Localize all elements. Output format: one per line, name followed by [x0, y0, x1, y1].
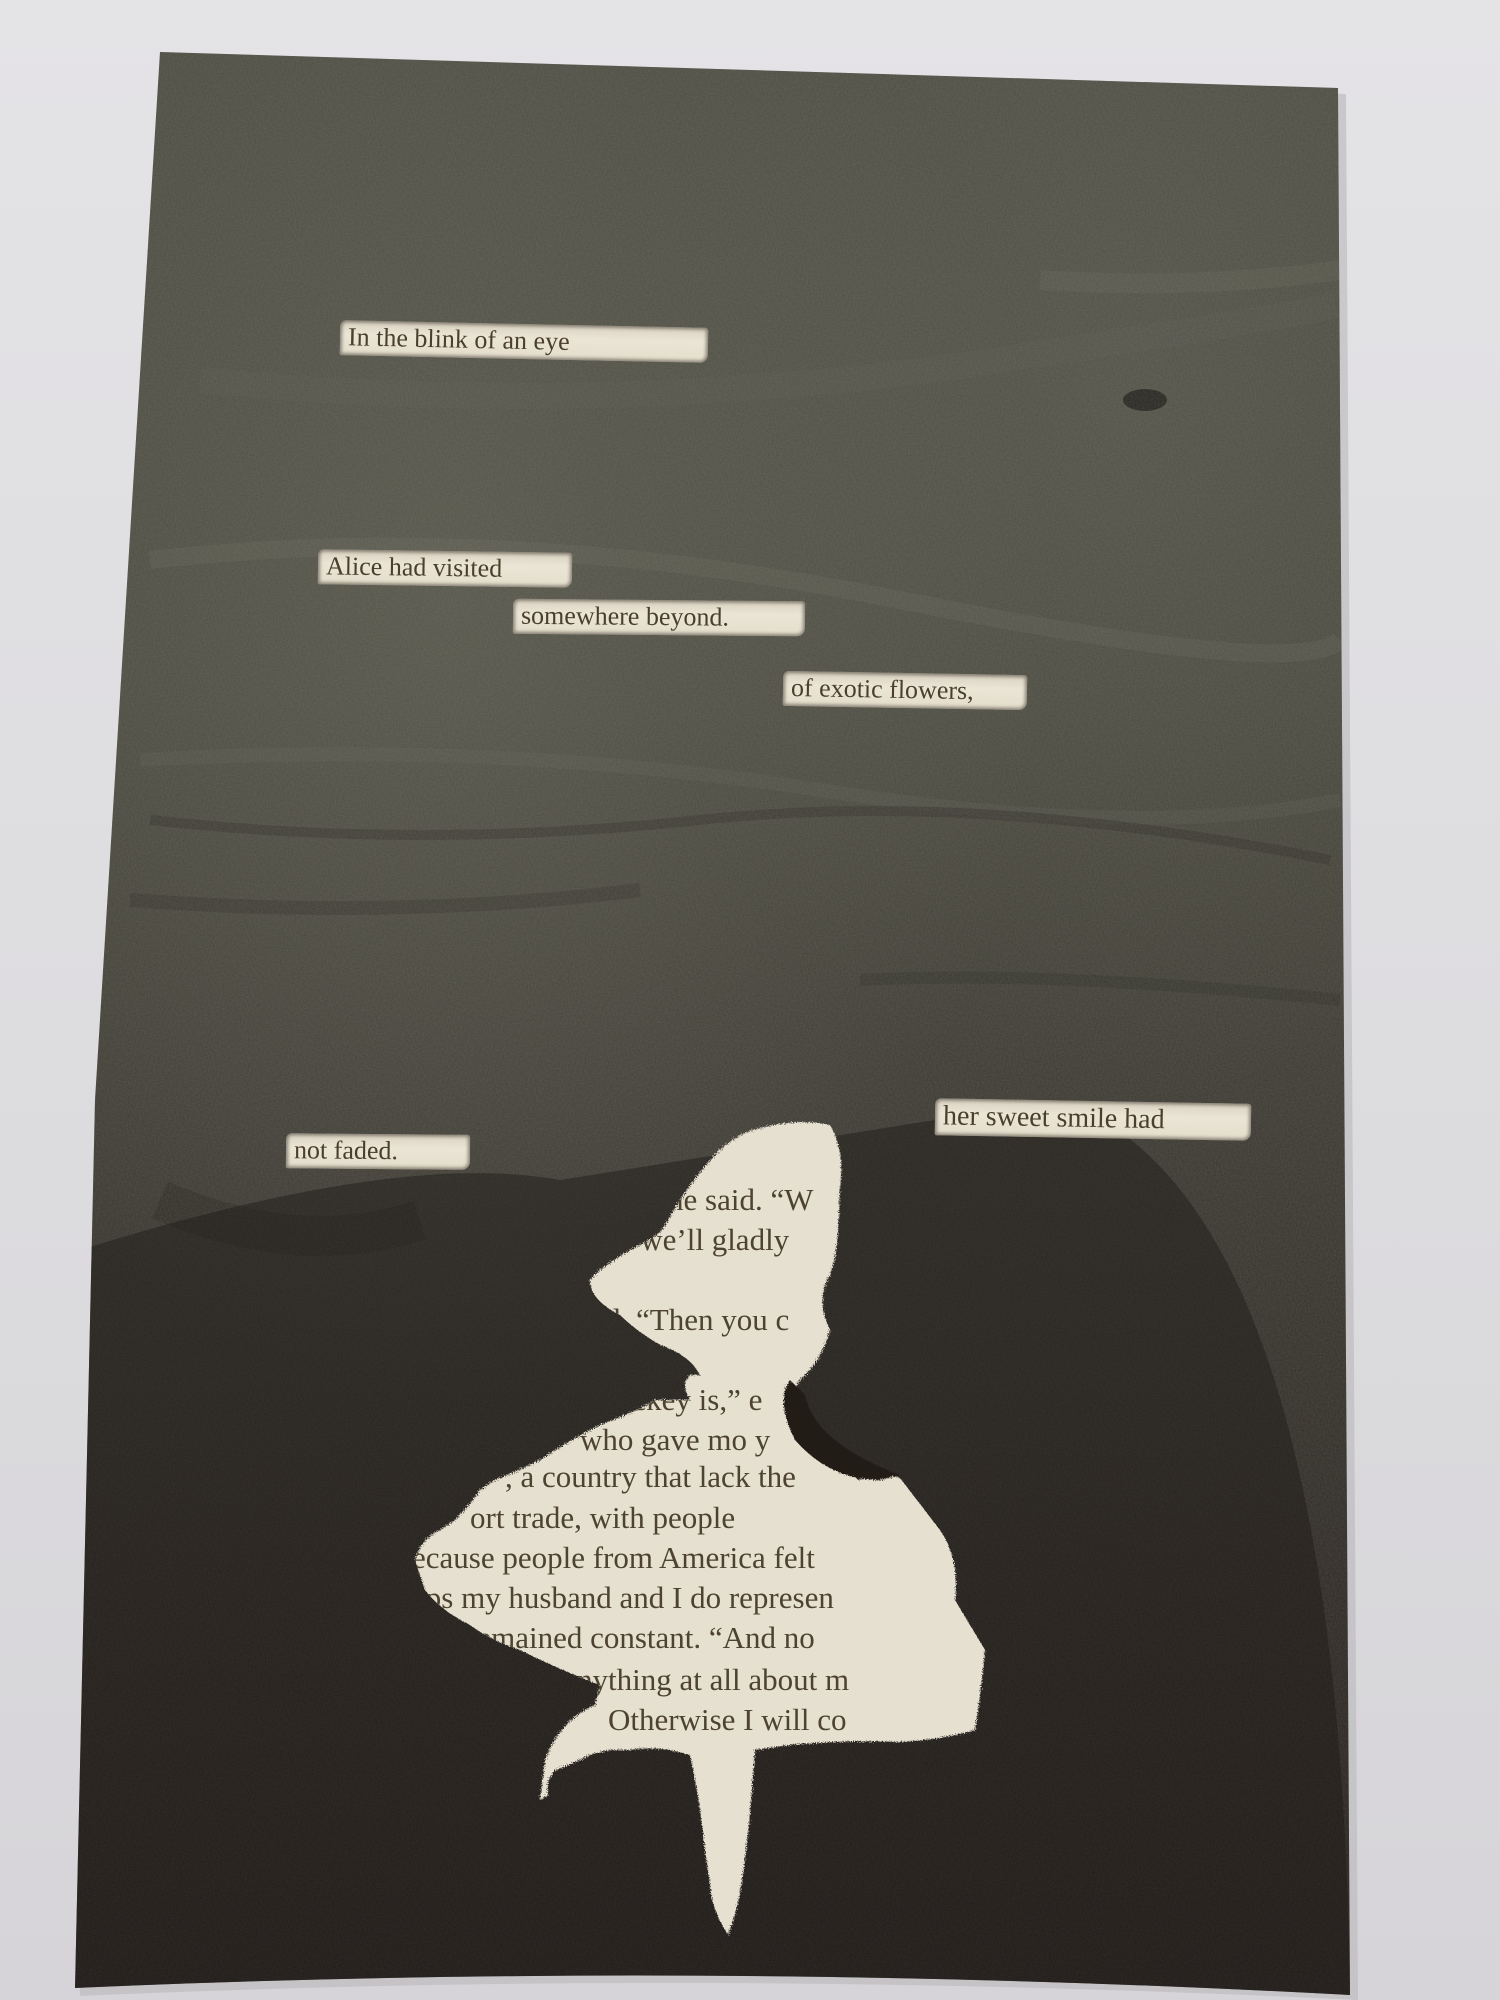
- poem-fragment-5: her sweet smile had: [935, 1098, 1252, 1141]
- poem-fragment-2: Alice had visited: [318, 549, 572, 588]
- poem-fragment-4: of exotic flowers,: [783, 671, 1028, 710]
- book-line: who gave mo y: [580, 1422, 771, 1457]
- book-line: ecause people from America felt: [412, 1540, 815, 1575]
- poem-fragment-6: not faded.: [286, 1133, 470, 1170]
- poem-fragment-3: somewhere beyond.: [513, 599, 805, 637]
- book-line: , a country that lack the: [505, 1459, 796, 1494]
- book-line: he said. “W: [668, 1182, 814, 1217]
- book-line: Otherwise I will co: [608, 1702, 846, 1737]
- artwork-photo: he said. “W n we’ll gladly d. “Then you …: [0, 0, 1500, 2000]
- book-line: aps my husband and I do represen: [412, 1580, 834, 1615]
- book-line: ort trade, with people: [470, 1500, 735, 1535]
